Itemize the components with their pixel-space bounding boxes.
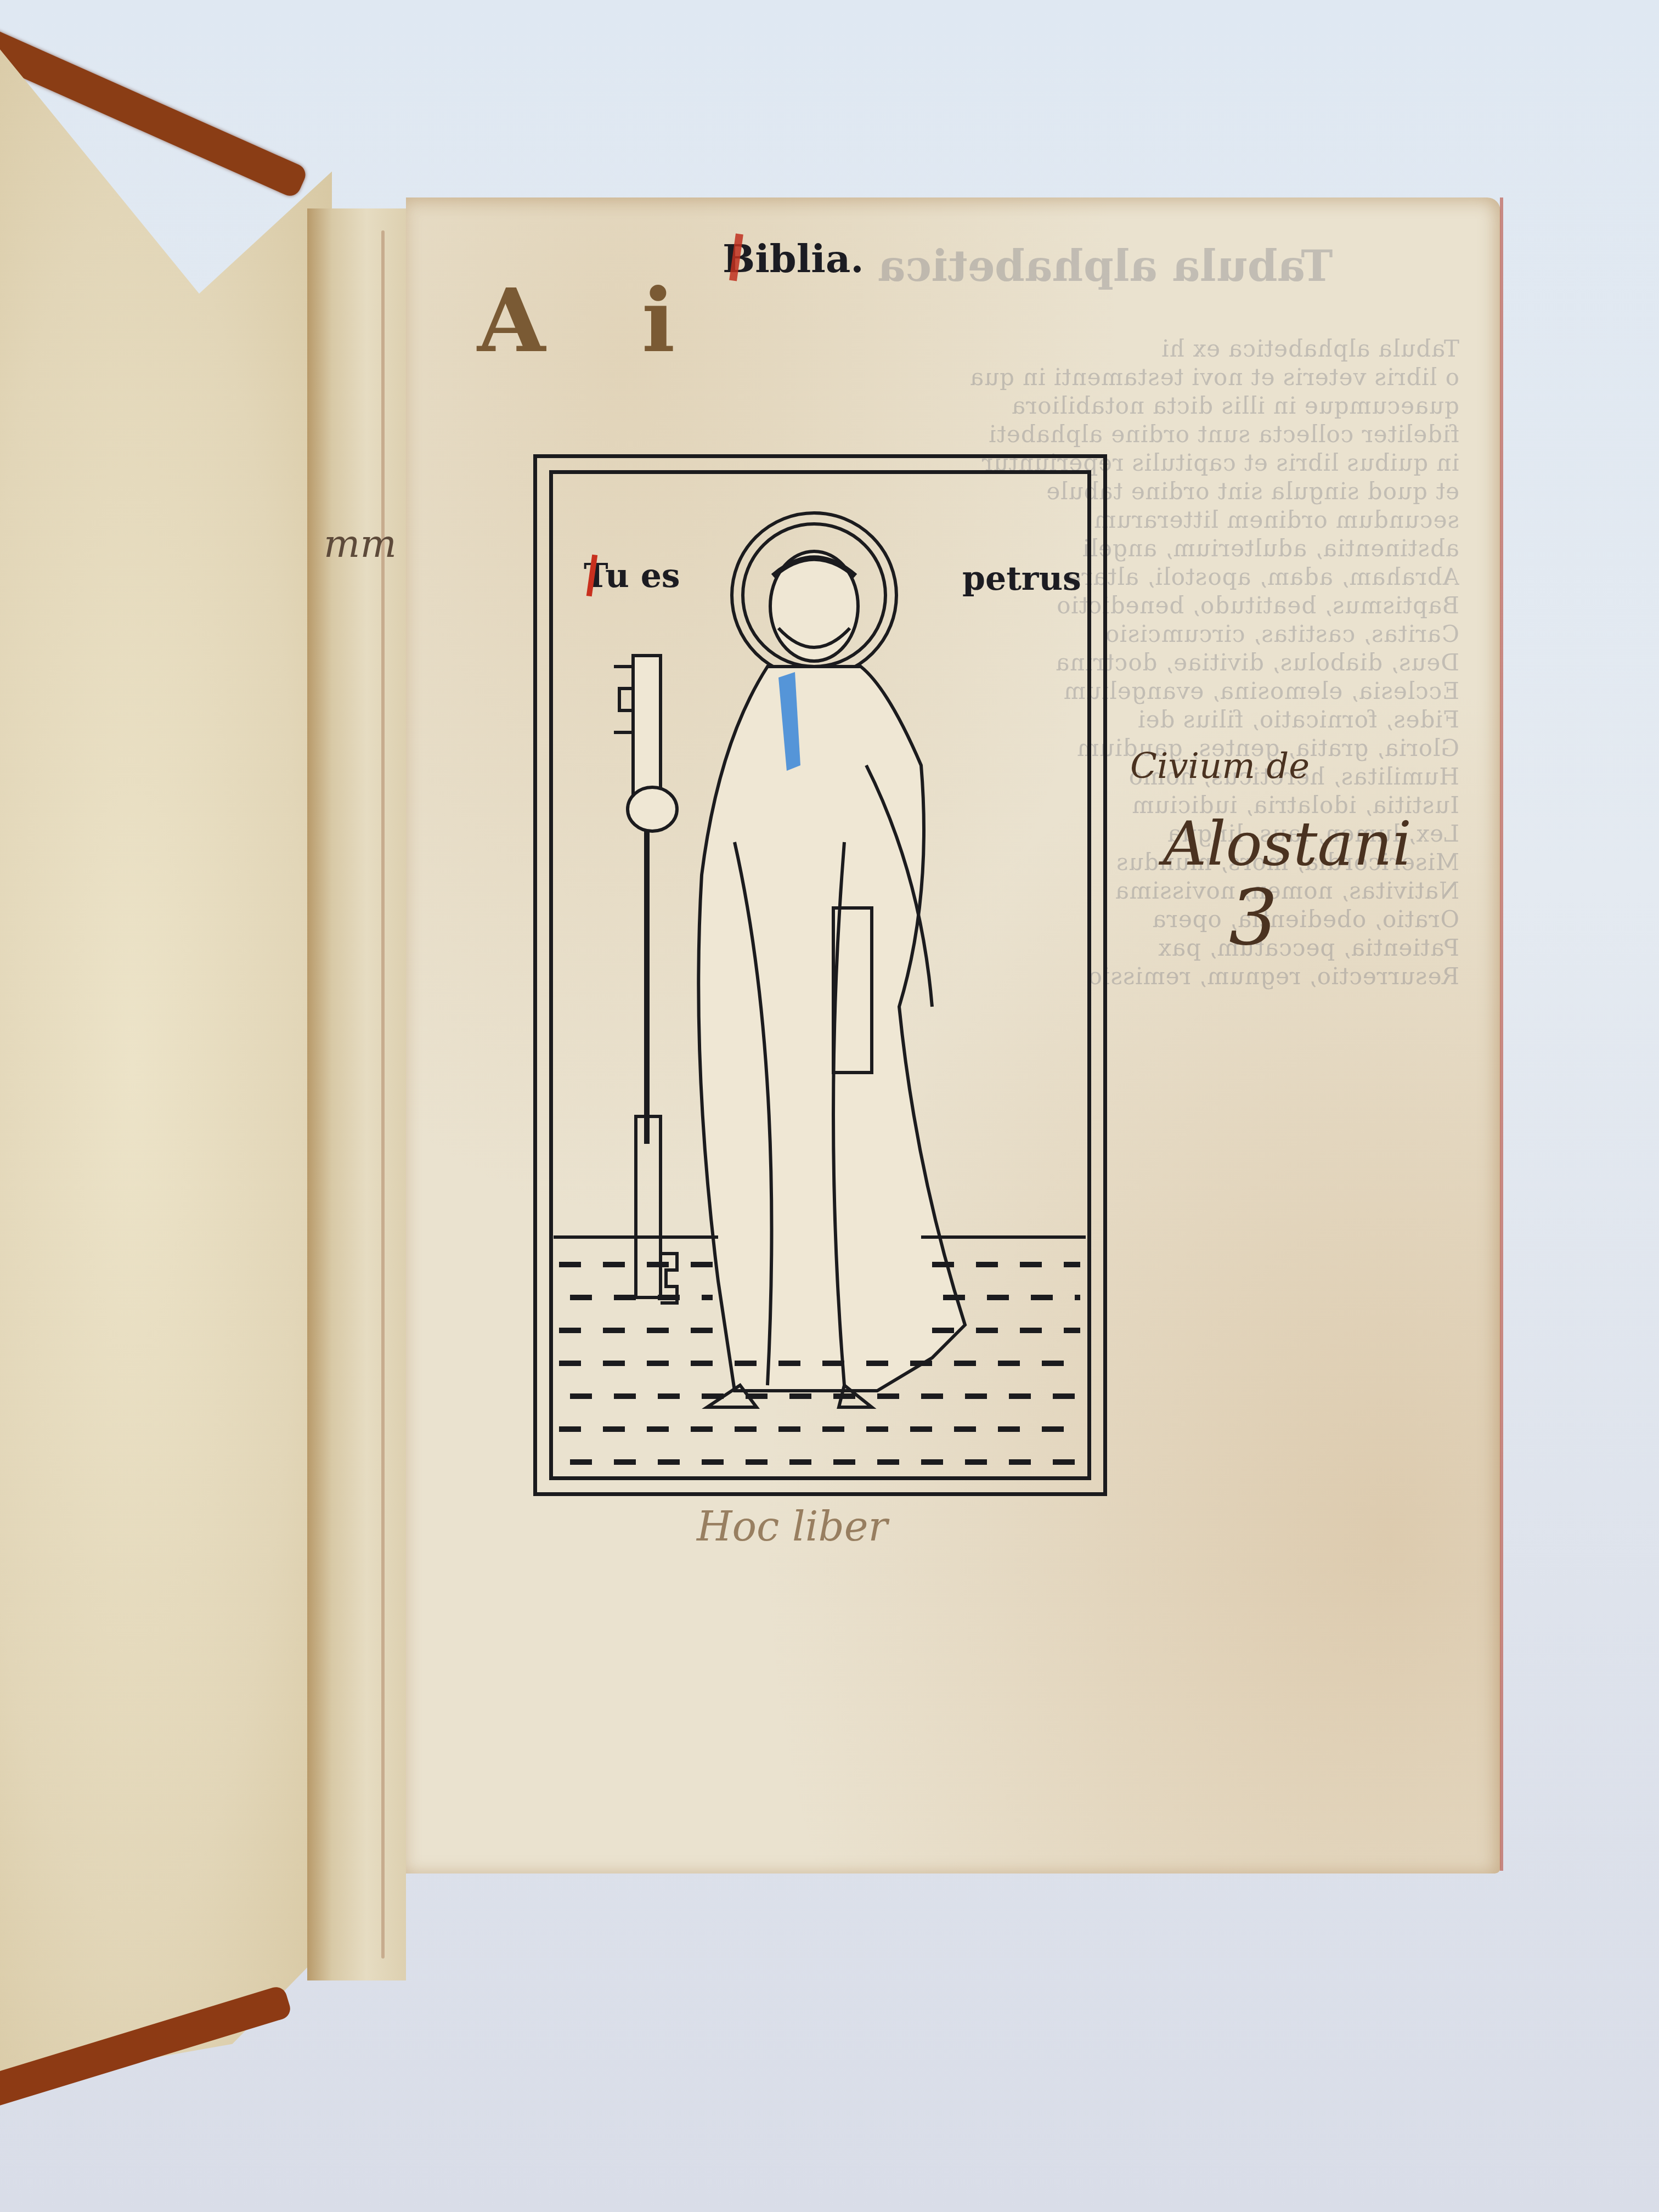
- provenance-line-2: Alostani: [1163, 809, 1412, 879]
- woodcut-saint-peter: Tu es petrus: [533, 454, 1107, 1496]
- red-edge-stain: [1500, 198, 1503, 1871]
- saint-peter-figure-icon: [537, 458, 1103, 1492]
- left-flyleaf: [0, 49, 332, 2085]
- provenance-inscription: Civium de Alostani 3: [1130, 746, 1412, 963]
- manuscript-signature-mark: A i: [477, 269, 708, 372]
- show-through-line: fideliter collecta sunt ordine alphabeti: [472, 420, 1459, 449]
- running-title-text: Biblia.: [723, 236, 864, 281]
- title-leaf: Tabula alphabetica Tabula alphabetica ex…: [406, 198, 1500, 1874]
- gutter-fold-line: [381, 230, 385, 1959]
- show-through-line: quaecumque in illis dicta notabiliora: [472, 392, 1459, 420]
- running-title: Biblia.: [723, 236, 864, 281]
- provenance-flourish: 3: [1229, 873, 1412, 963]
- book-photograph: Tabula alphabetica Tabula alphabetica ex…: [0, 0, 1659, 2212]
- provenance-line-1: Civium de: [1130, 746, 1412, 787]
- manuscript-margin-mark: mm: [324, 521, 397, 566]
- gutter: [307, 208, 406, 1980]
- show-through-heading: Tabula alphabetica: [878, 241, 1333, 291]
- manuscript-note-below-woodcut: Hoc liber: [697, 1503, 888, 1550]
